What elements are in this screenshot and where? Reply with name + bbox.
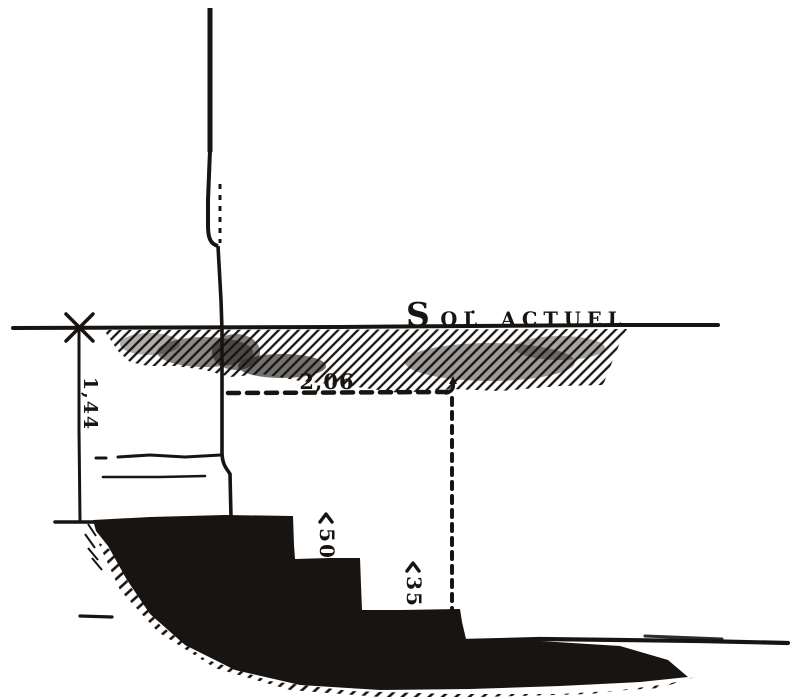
upper-step-label: 50 — [315, 528, 339, 560]
ink-speck — [610, 320, 614, 324]
depth-dimension: 1,44 — [55, 330, 121, 522]
stray-dash — [80, 616, 112, 617]
ink-speck — [471, 310, 474, 313]
fringe-stroke — [85, 534, 95, 548]
wall-profile-lower — [218, 246, 231, 518]
masonry-course-lines — [96, 455, 221, 477]
ground-surface-hatch — [104, 329, 627, 393]
depth-dimension-label: 1,44 — [79, 377, 101, 431]
actuel-word: ACTUEL — [500, 308, 628, 331]
ground-level-text: S OL ACTUEL — [406, 295, 627, 334]
soil-dark-patch — [515, 336, 605, 360]
wall-profile-middle — [208, 150, 218, 246]
caret-up-icon — [407, 563, 419, 571]
width-dimension-label: 2,06 — [299, 369, 354, 394]
lower-step-label: 35 — [402, 576, 426, 608]
sol-initial-letter: S — [406, 295, 434, 334]
wall-profile — [208, 8, 231, 518]
sol-rest-letters: OL — [440, 308, 483, 331]
caret-up-icon — [320, 514, 332, 522]
section-drawing-canvas: S OL ACTUEL 1,44 2,06 — [0, 0, 795, 699]
course-joint-lower — [103, 476, 205, 477]
foundation-mass — [80, 515, 695, 697]
scanned-section-drawing: S OL ACTUEL 1,44 2,06 — [0, 0, 795, 699]
course-joint-upper — [118, 455, 221, 457]
sol-actuel-label: S OL ACTUEL — [406, 295, 627, 334]
foundation-silhouette — [93, 515, 688, 690]
